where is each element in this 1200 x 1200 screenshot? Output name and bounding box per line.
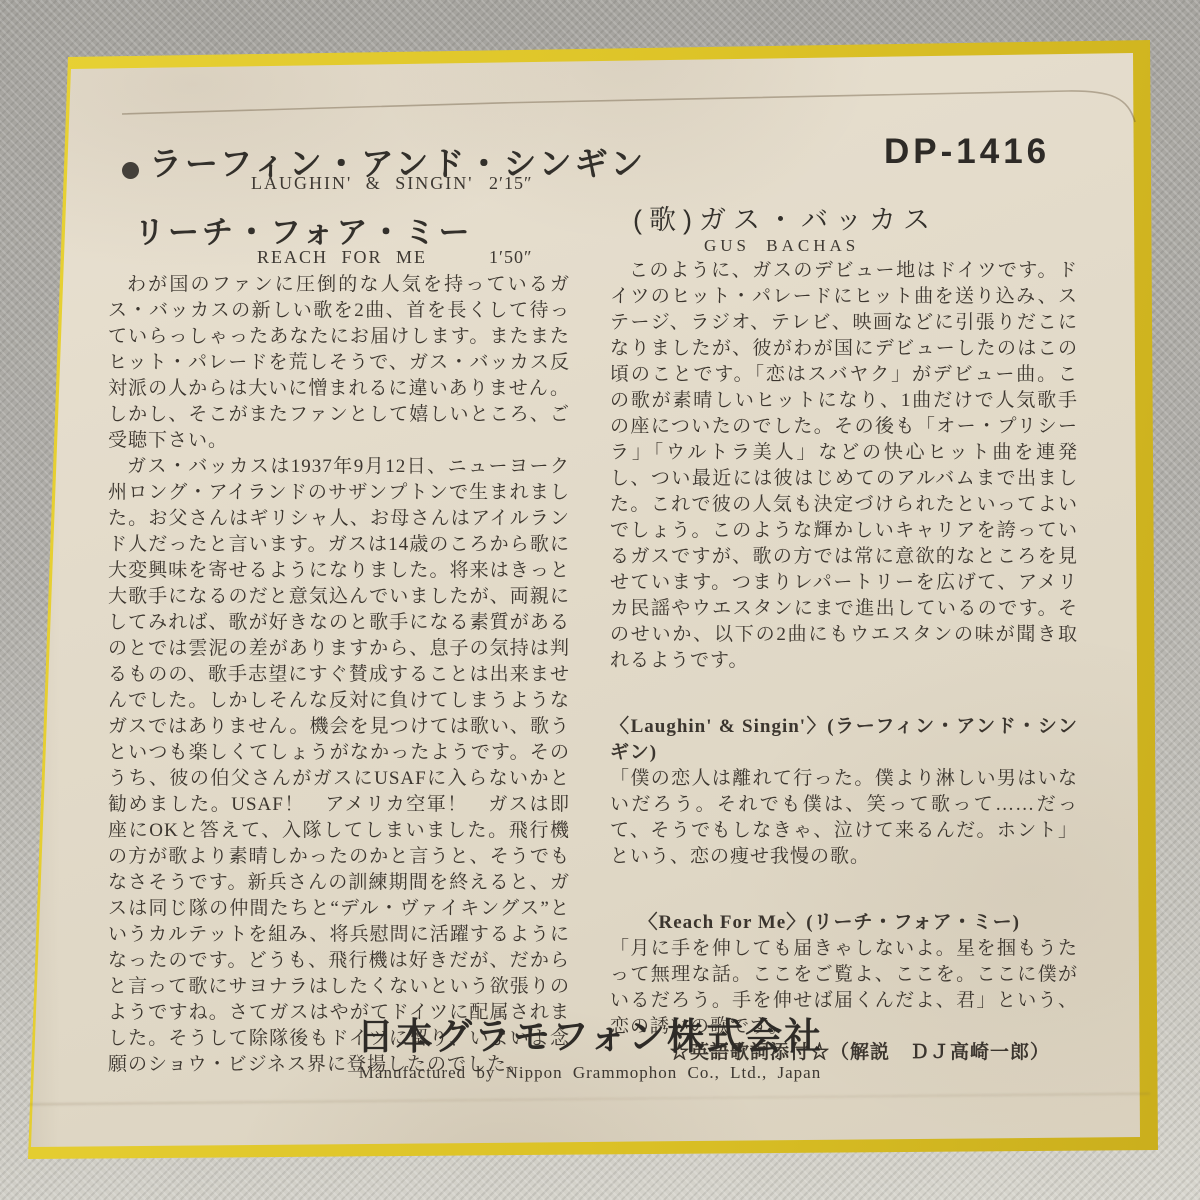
bullet-icon bbox=[122, 162, 139, 179]
track1-duration: 2′15″ bbox=[489, 173, 532, 194]
catalog-number: DP-1416 bbox=[884, 132, 1050, 172]
manufacturer-block: 日本グラモフォン株式会社 Manufactured by Nippon Gram… bbox=[140, 1006, 1040, 1083]
manufacturer-name-jp: 日本グラモフォン株式会社 bbox=[140, 1006, 1040, 1060]
artist-name-en: GUS BACHAS bbox=[704, 236, 859, 256]
liner-notes-paragraph: わが国のファンに圧倒的な人気を持っているガス・バッカスの新しい歌を2曲、首を長く… bbox=[108, 272, 570, 454]
track1-title-en: LAUGHIN' & SINGIN' bbox=[251, 173, 473, 194]
track2-title-en: REACH FOR ME bbox=[257, 247, 427, 268]
song2-heading: 〈Reach For Me〉(リーチ・フォア・ミー) bbox=[610, 910, 1078, 936]
track2-title-jp: リーチ・フォア・ミー bbox=[134, 207, 472, 252]
song1-heading: 〈Laughin' & Singin'〉(ラーフィン・アンド・シンギン) bbox=[610, 714, 1078, 766]
artist-name-jp: (歌)ガス・バッカス bbox=[633, 198, 937, 237]
liner-notes-paragraph: ガス・バッカスは1937年9月12日、ニューヨーク州ロング・アイランドのサザンプ… bbox=[108, 454, 570, 1078]
liner-notes-right: このように、ガスのデビュー地はドイツです。ドイツのヒット・パレードにヒット曲を送… bbox=[610, 258, 1078, 1066]
track2-duration: 1′50″ bbox=[489, 247, 532, 268]
manufacturer-name-en: Manufactured by Nippon Grammophon Co., L… bbox=[140, 1063, 1040, 1083]
song1-description: 「僕の恋人は離れて行った。僕より淋しい男はいないだろう。それでも僕は、笑って歌っ… bbox=[610, 766, 1078, 870]
song-note-laughin-and-singin: 〈Laughin' & Singin'〉(ラーフィン・アンド・シンギン) 「僕の… bbox=[610, 714, 1078, 870]
liner-notes-left: わが国のファンに圧倒的な人気を持っているガス・バッカスの新しい歌を2曲、首を長く… bbox=[108, 272, 570, 1078]
liner-notes-intro: このように、ガスのデビュー地はドイツです。ドイツのヒット・パレードにヒット曲を送… bbox=[610, 258, 1078, 674]
